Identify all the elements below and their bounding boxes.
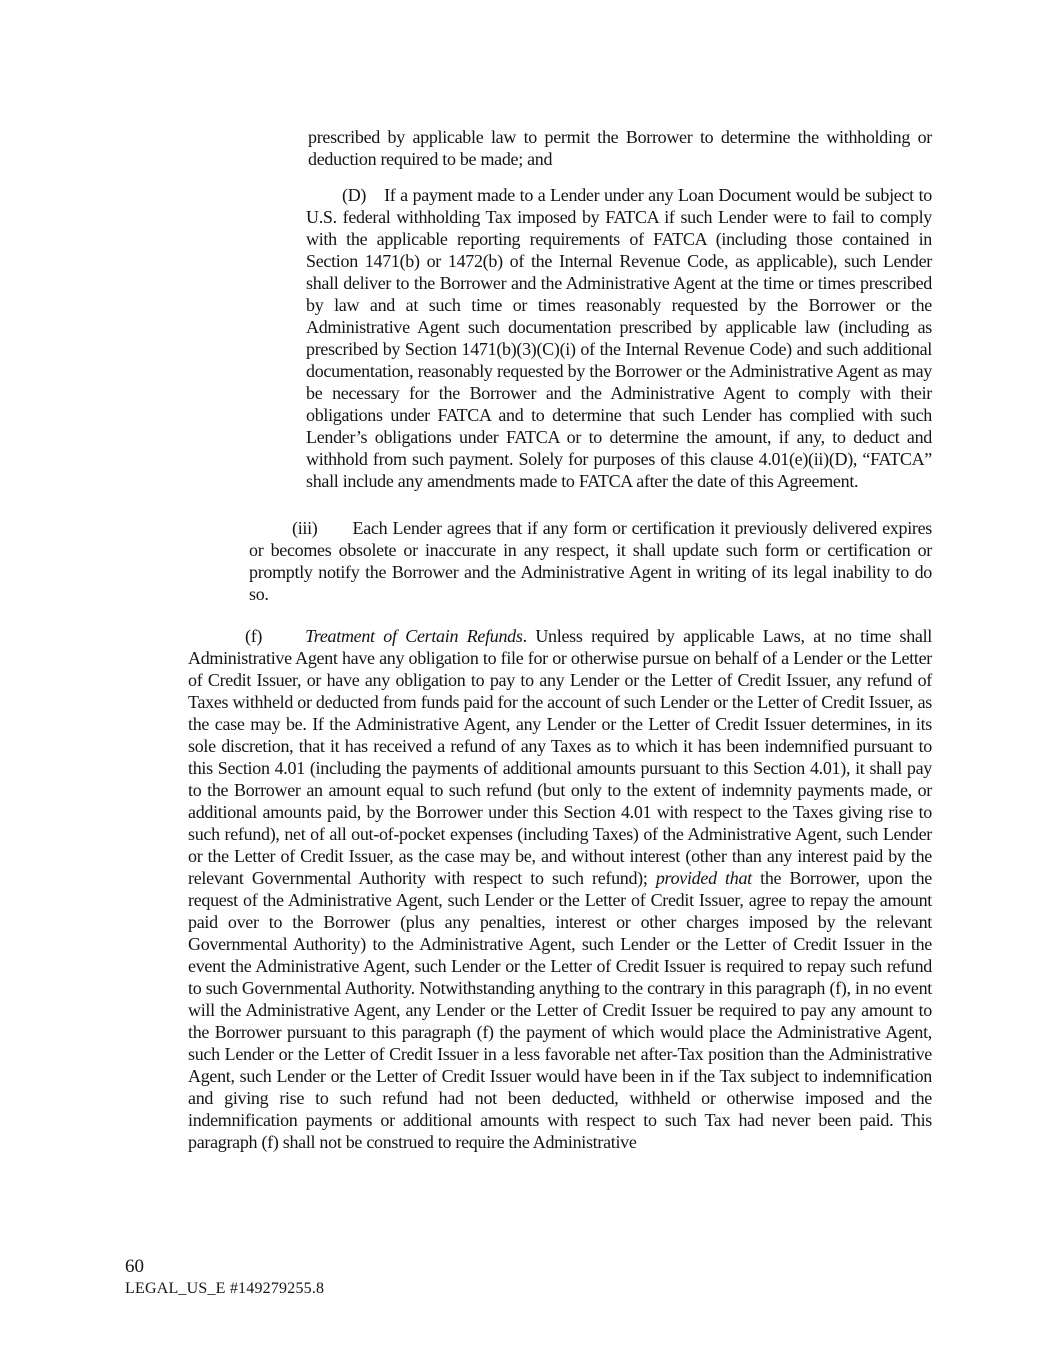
document-id-stamp: LEGAL_US_E #149279255.8 [125, 1279, 324, 1299]
paragraph-f-text-1: . Unless required by applicable Laws, at… [188, 626, 932, 888]
clause-iii-paragraph: (iii)Each Lender agrees that if any form… [249, 517, 932, 605]
clause-d-label: (D) [342, 185, 366, 205]
clause-d-paragraph: (D)If a payment made to a Lender under a… [306, 184, 932, 492]
paragraph-f-heading: Treatment of Certain Refunds [305, 626, 523, 646]
clause-iii-text: Each Lender agrees that if any form or c… [249, 518, 932, 604]
tab-spacer [366, 200, 384, 201]
document-body: prescribed by applicable law to permit t… [0, 0, 1055, 1153]
paragraph-f: (f)Treatment of Certain Refunds. Unless … [188, 625, 932, 1153]
paragraph-f-label: (f) [245, 626, 262, 646]
page-footer: 60 LEGAL_US_E #149279255.8 [125, 1255, 324, 1299]
clause-continuation-paragraph: prescribed by applicable law to permit t… [308, 126, 932, 170]
provided-that-emphasis: provided that [656, 868, 752, 888]
tab-spacer [318, 533, 353, 534]
paragraph-f-text-2: the Borrower, upon the request of the Ad… [188, 868, 932, 1152]
page-number: 60 [125, 1255, 324, 1279]
document-page: prescribed by applicable law to permit t… [0, 0, 1055, 1365]
clause-continuation-text: prescribed by applicable law to permit t… [308, 127, 932, 169]
tab-spacer [262, 641, 305, 642]
clause-iii-label: (iii) [292, 518, 318, 538]
clause-d-text: If a payment made to a Lender under any … [306, 185, 932, 491]
